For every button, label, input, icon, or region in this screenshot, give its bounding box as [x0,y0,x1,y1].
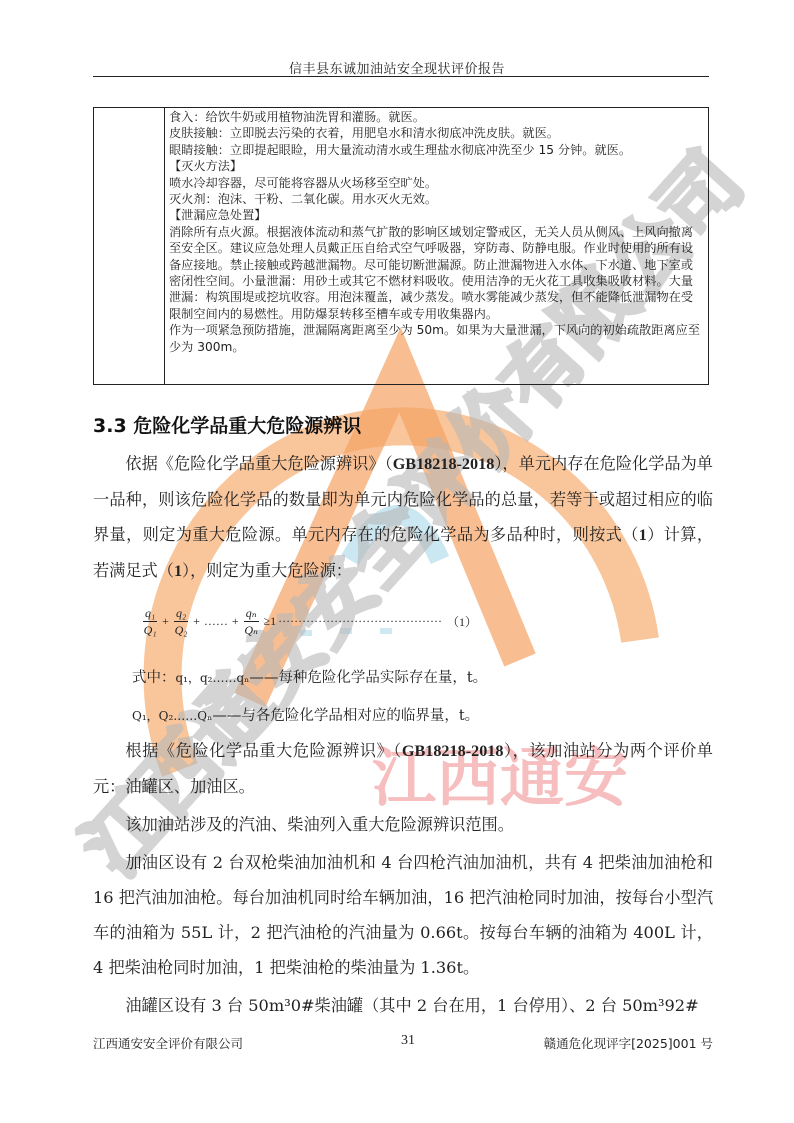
footer-doc-number: 赣通危化现评字[2025]001 号 [544,1034,713,1052]
table-content-cell: 食入：给饮牛奶或用植物油洗胃和灌肠。就医。 皮肤接触：立即脱去污染的衣着，用肥皂… [169,109,704,355]
definition-q: 式中：q₁，q₂……qₙ——每种危险化学品实际存在量，t。 [132,666,487,687]
safety-info-table: 食入：给饮牛奶或用植物油洗胃和灌肠。就医。 皮肤接触：立即脱去污染的衣着，用肥皂… [93,107,709,385]
intro-paragraph-block: 依据《危险化学品重大危险源辨识》（GB18218-2018），单元内存在危险化学… [93,446,713,589]
document-page: 信丰县东诚加油站安全现状评价报告 食入：给饮牛奶或用植物油洗胃和灌肠。就医。 皮… [0,0,794,1123]
isolation-distance: 作为一项紧急预防措施，泄漏隔离距离至少为 50m。如果为大量泄漏，下风向的初始疏… [169,322,704,355]
tank-paragraph: 油罐区设有 3 台 50m³0#柴油罐（其中 2 台在用，1 台停用）、2 台 … [93,988,713,1023]
section-number: 3.3 [93,415,127,437]
intro-paragraph: 依据《危险化学品重大危险源辨识》（GB18218-2018），单元内存在危险化学… [93,446,713,589]
fraction-n: qₙQₙ [244,605,259,638]
formula-label: （1） [447,613,477,630]
firefighting-heading: 【灭火方法】 [169,158,704,174]
section-heading: 3.3 危险化学品重大危险源辨识 [93,411,361,438]
units-paragraph-block: 根据《危险化学品重大危险源辨识》（GB18218-2018），该加油站分为两个评… [93,733,713,1023]
fraction-1: q₁Q₁ [143,605,157,638]
eye-contact-line: 眼睛接触：立即提起眼睑，用大量流动清水或生理盐水彻底冲洗至少 15 分钟。就医。 [169,142,704,158]
scope-paragraph: 该加油站涉及的汽油、柴油列入重大危险源辨识范围。 [93,807,713,842]
fraction-2: q₂Q₂ [174,605,188,638]
ingestion-line: 食入：给饮牛奶或用植物油洗胃和灌肠。就医。 [169,109,704,125]
table-label-cell [94,108,165,384]
page-number: 31 [401,1033,415,1049]
section-title: 危险化学品重大危险源辨识 [133,415,361,437]
leak-procedure: 消除所有点火源。根据液体流动和蒸气扩散的影响区域划定警戒区，无关人员从侧风、上风… [169,224,704,322]
units-paragraph: 根据《危险化学品重大危险源辨识》（GB18218-2018），该加油站分为两个评… [93,733,713,804]
firefighting-line: 喷水冷却容器，尽可能将容器从火场移至空旷处。 [169,175,704,191]
leak-heading: 【泄漏应急处置】 [169,207,704,223]
extinguisher-line: 灭火剂：泡沫、干粉、二氧化碳。用水灭火无效。 [169,191,704,207]
header-divider [93,76,709,77]
threshold-formula: q₁Q₁ + q₂Q₂ +……+ qₙQₙ ≥1················… [143,605,543,649]
running-header-title: 信丰县东诚加油站安全现状评价报告 [0,58,794,77]
footer-company: 江西通安安全评价有限公司 [93,1034,243,1052]
definition-Q: Q₁，Q₂……Qₙ——与各危险化学品相对应的临界量，t。 [132,704,479,725]
skin-contact-line: 皮肤接触：立即脱去污染的衣着，用肥皂水和清水彻底冲洗皮肤。就医。 [169,125,704,141]
dispenser-paragraph: 加油区设有 2 台双枪柴油加油机和 4 台四枪汽油加油机，共有 4 把柴油加油枪… [93,845,713,985]
